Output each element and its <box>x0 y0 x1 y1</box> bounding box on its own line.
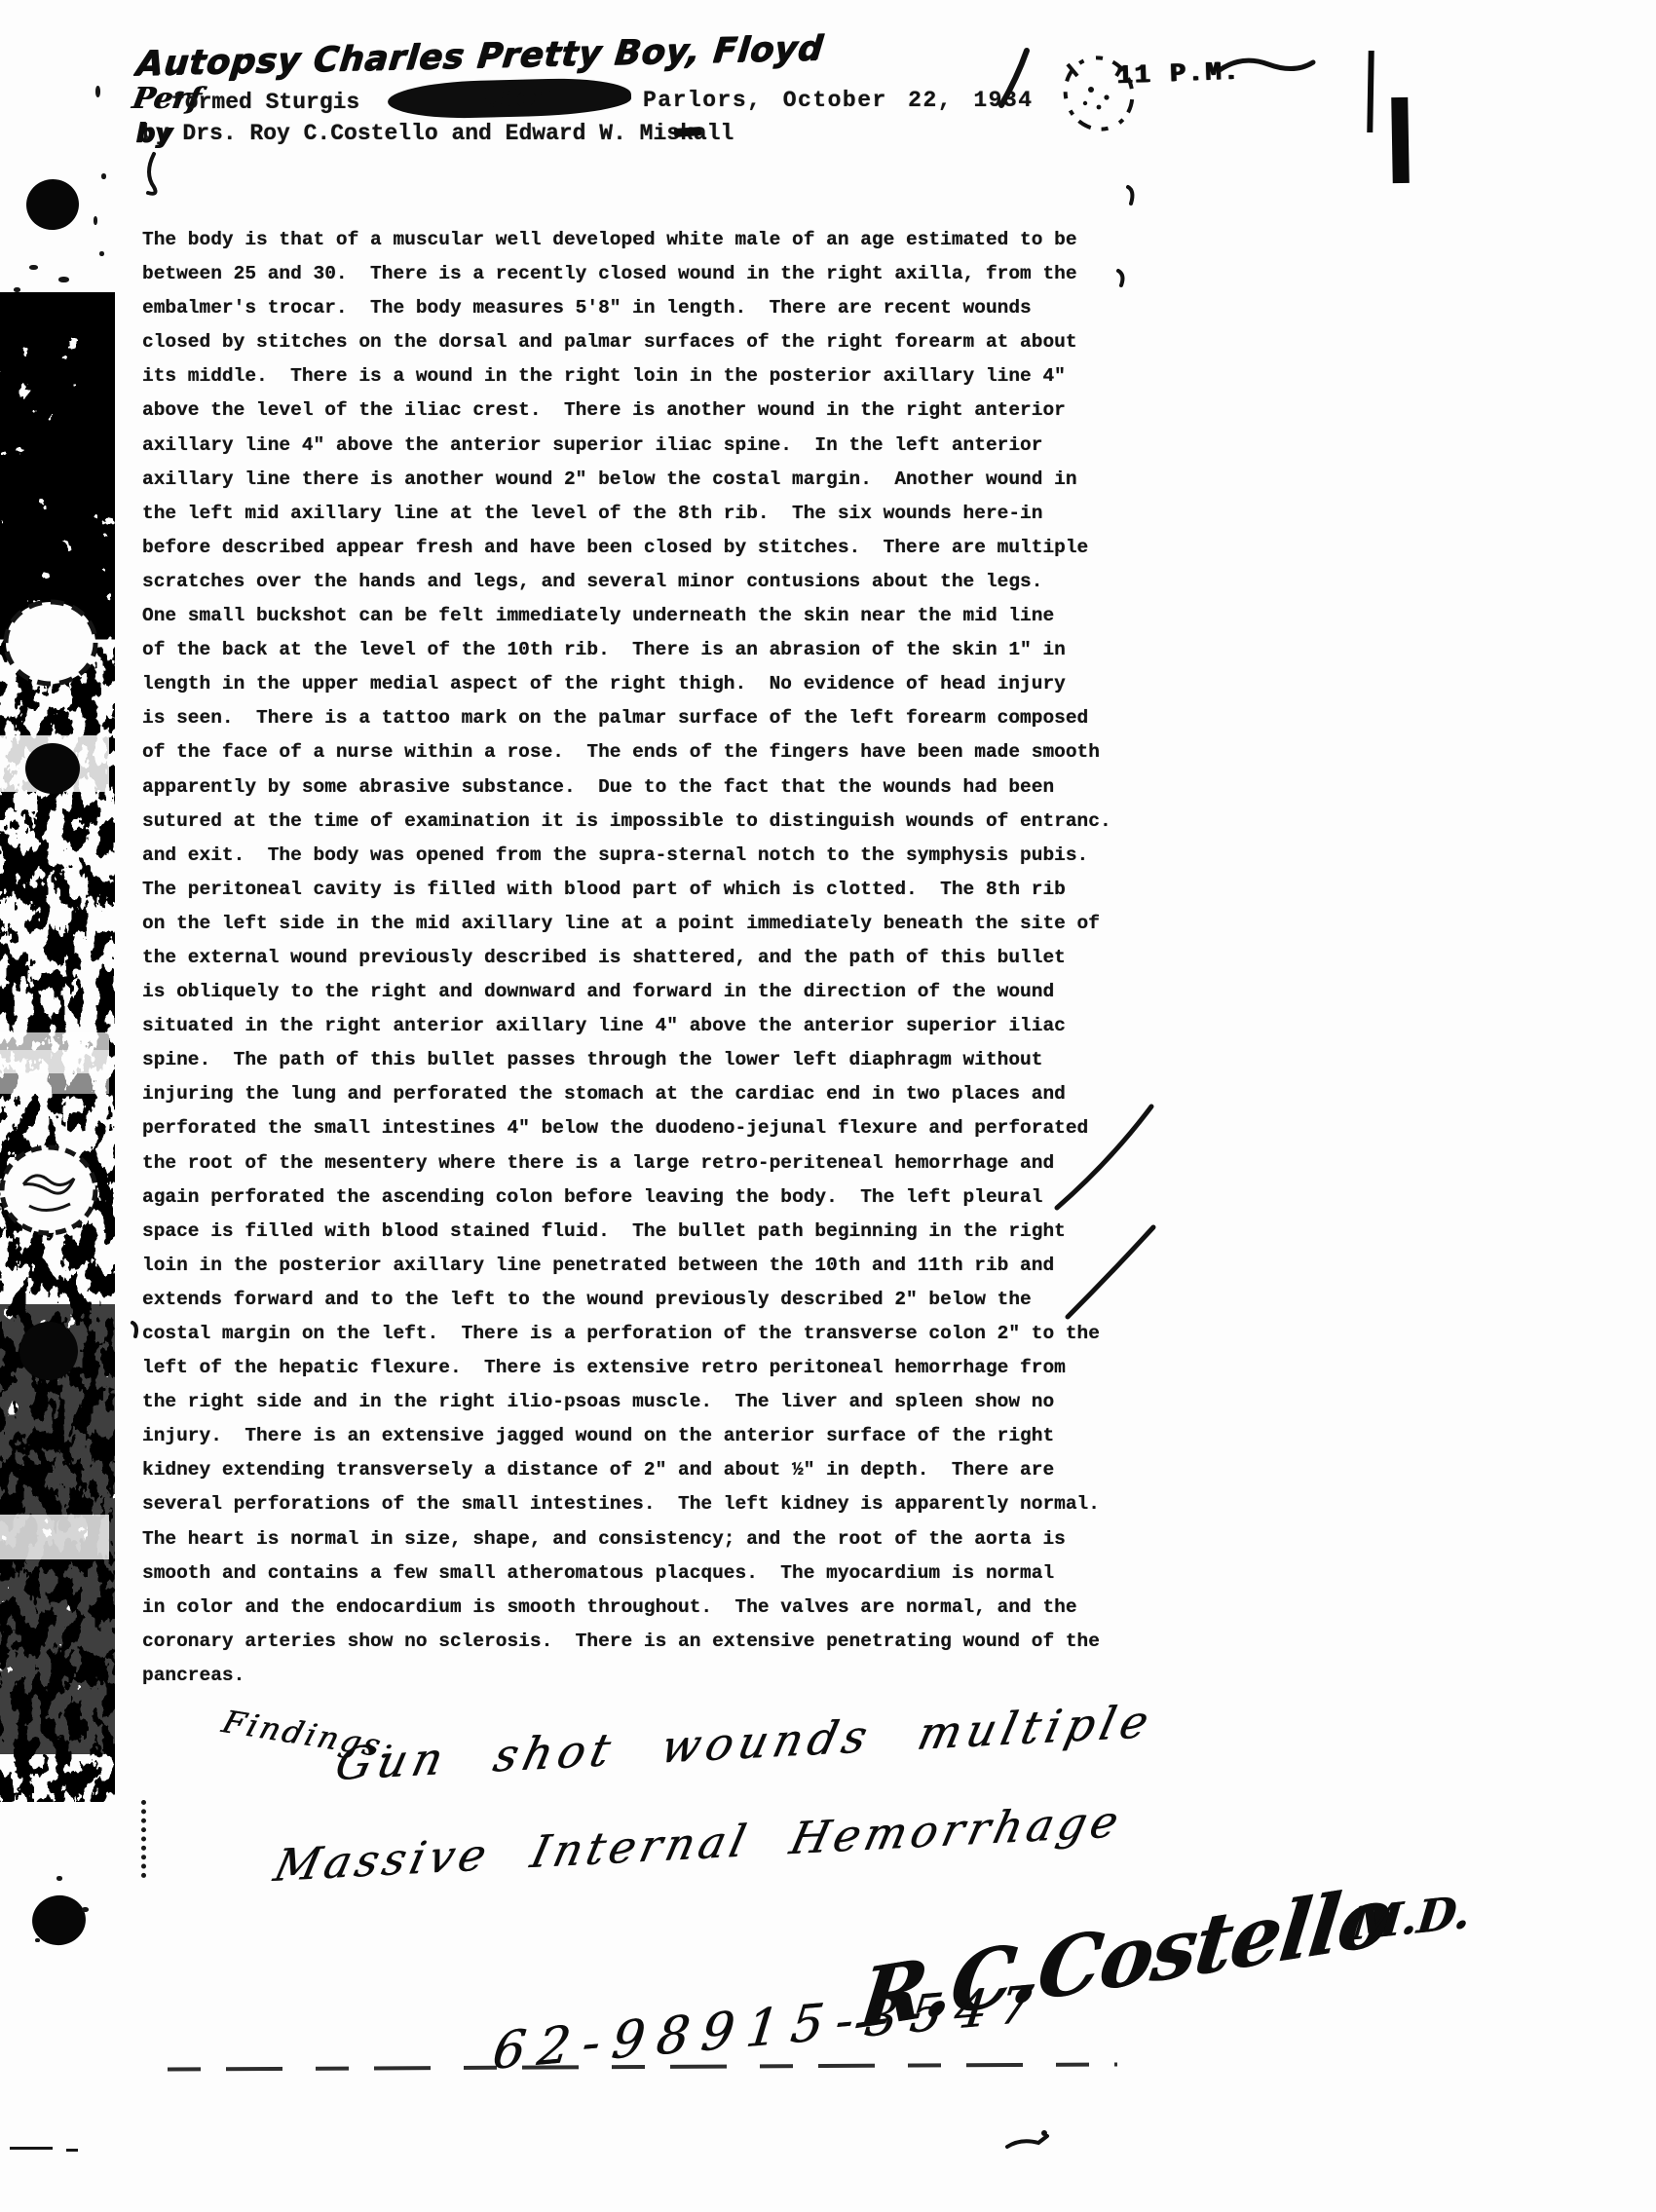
handwritten-by-overlay: by <box>135 117 172 149</box>
handwritten-time-annotation: 11 P.M. <box>1116 58 1241 92</box>
findings-line1-handwritten: Gun shot wounds multiple <box>330 1695 1159 1791</box>
scan-speck <box>58 277 69 282</box>
scan-noise-strip <box>0 292 115 1802</box>
report-body-text: The body is that of a muscular well deve… <box>142 223 1111 1693</box>
scan-speck <box>10 2147 53 2150</box>
hole-punch-dot <box>17 1319 81 1383</box>
scan-speck <box>14 287 20 292</box>
findings-line2-handwritten: Massive Internal Hemorrhage <box>269 1795 1127 1892</box>
scan-speck <box>94 216 97 225</box>
scan-speck <box>29 265 38 270</box>
ink-smudge-circle <box>1058 47 1140 136</box>
hole-punch-dot <box>25 743 80 794</box>
performed-line-rest-typed: Parlors, October 22, 1934 <box>643 88 1034 113</box>
handwritten-title: Autopsy Charles Pretty Boy, Floyd <box>134 29 825 84</box>
performed-line-typed: formed Sturgis <box>171 90 359 115</box>
scan-speck <box>66 2149 78 2152</box>
autopsy-report-scan-page: Autopsy Charles Pretty Boy, Floyd Perf f… <box>0 0 1656 2212</box>
overwritten-funeral-home-scribble: Fulton <box>388 77 632 121</box>
margin-bar-mark <box>1391 97 1410 183</box>
scan-speck <box>56 1876 62 1881</box>
doctors-line-typed: by Drs. Roy C.Costello and Edward W. Mis… <box>142 121 734 146</box>
scan-speck <box>82 1907 89 1912</box>
scan-speck <box>99 251 104 256</box>
dotted-margin-mark <box>141 1800 146 1878</box>
scan-speck <box>95 86 100 97</box>
scan-speck <box>35 1938 40 1942</box>
margin-bar-mark <box>1367 51 1374 132</box>
scan-speck <box>101 173 106 179</box>
hole-punch-dot <box>23 175 83 233</box>
